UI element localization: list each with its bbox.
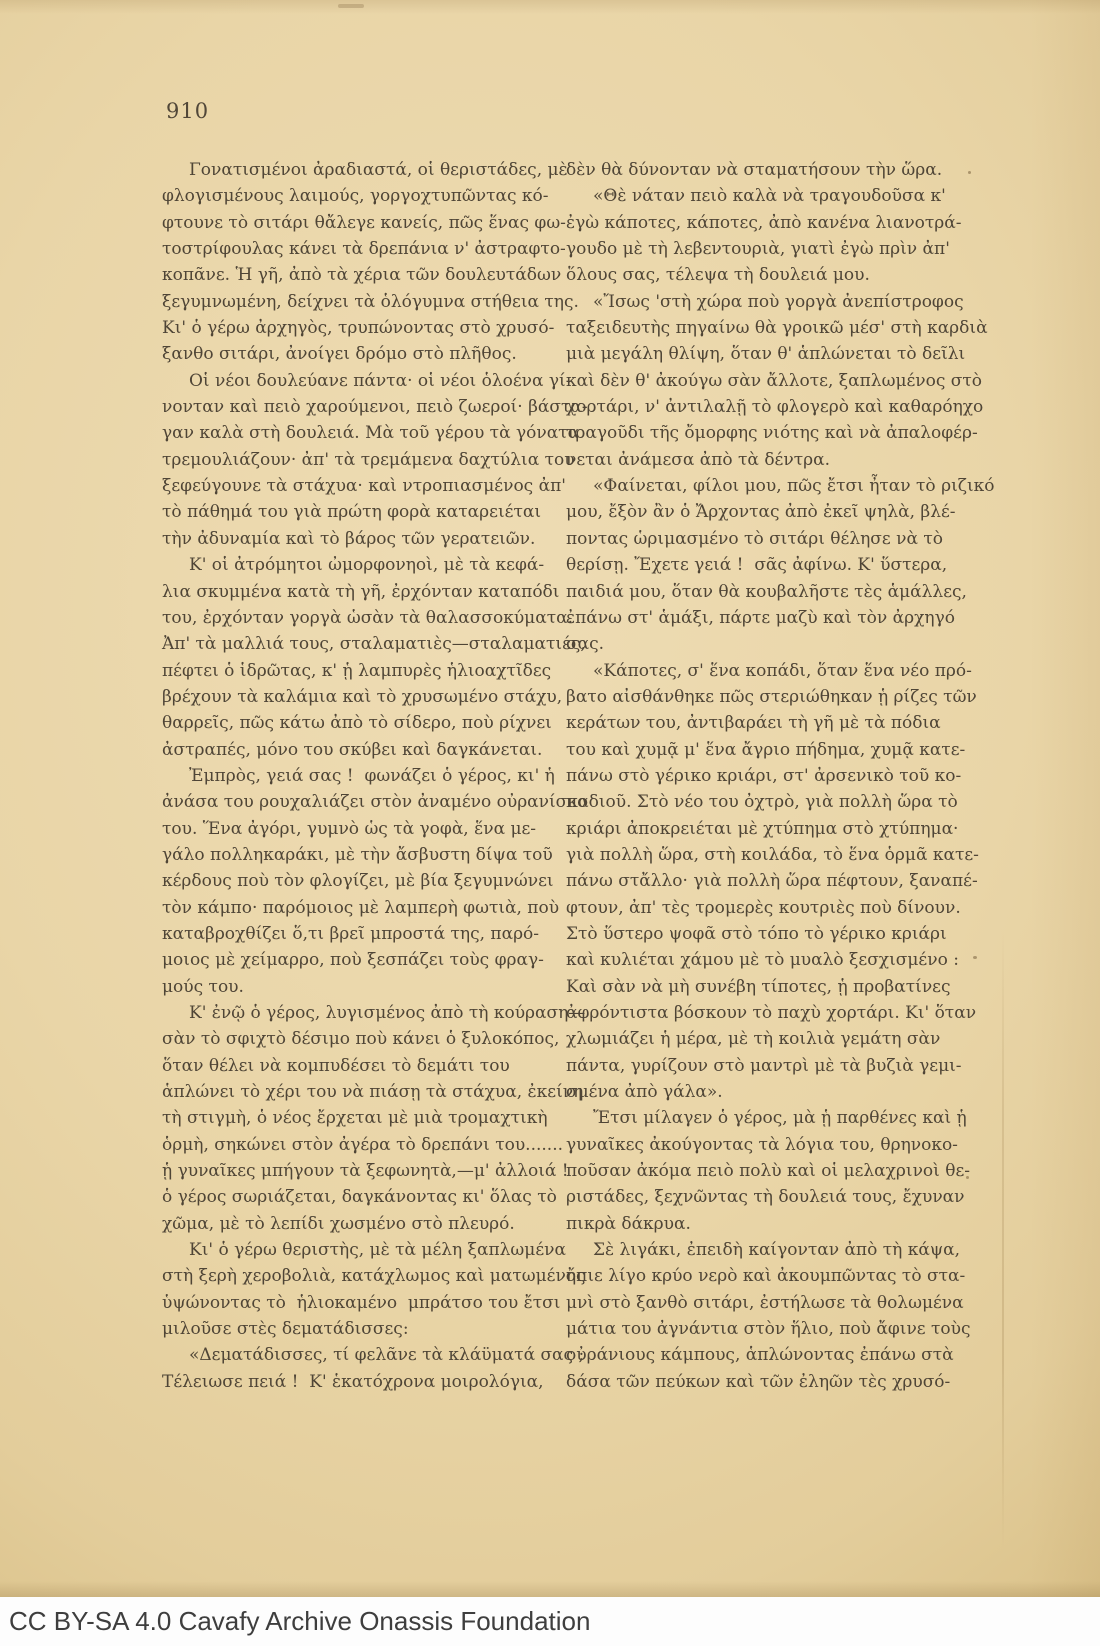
paragraph: Κ' ἐνῷ ὁ γέρος, λυγισμένος ἀπὸ τὴ κούρασ…	[162, 1000, 534, 1237]
paragraph: «Ἴσως 'στὴ χώρα ποὺ γοργὰ ἀνεπίστροφος τ…	[566, 289, 986, 473]
paragraph: «Θὲ νάταν πειὸ καλὰ νὰ τραγουδοῦσα κ' ἐγ…	[566, 183, 986, 288]
paragraph: δὲν θὰ δύνονταν νὰ σταματήσουν τὴν ὥρα.	[566, 157, 986, 183]
paragraph: «Κάποτες, σ' ἕνα κοπάδι, ὅταν ἕνα νέο πρ…	[566, 658, 986, 1106]
paragraph: «Δεματάδισσες, τί φελᾶνε τὰ κλάϋματά σας…	[162, 1342, 534, 1395]
paragraph: Ἐμπρὸς, γειά σας ! φωνάζει ὁ γέρος, κι' …	[162, 763, 534, 1000]
license-text: CC BY-SA 4.0 Cavafy Archive Onassis Foun…	[9, 1597, 590, 1646]
page-edge-crease	[1002, 930, 1004, 1550]
text-column-left: Γονατισμένοι ἀραδιαστά, οἱ θεριστάδες, μ…	[162, 157, 534, 1395]
paragraph: Γονατισμένοι ἀραδιαστά, οἱ θεριστάδες, μ…	[162, 157, 534, 368]
page-number: 910	[166, 99, 209, 123]
paragraph: Ἔτσι μίλαγεν ὁ γέρος, μὰ ᾑ παρθένες καὶ …	[566, 1105, 986, 1237]
license-footer-bar: CC BY-SA 4.0 Cavafy Archive Onassis Foun…	[0, 1597, 1100, 1646]
paragraph: Κ' οἱ ἀτρόμητοι ὠμορφονηοὶ, μὲ τὰ κεφά- …	[162, 552, 534, 763]
scanned-page: 910 Γονατισμένοι ἀραδιαστά, οἱ θεριστάδε…	[0, 0, 1100, 1597]
paragraph: Κι' ὁ γέρω θεριστὴς, μὲ τὰ μέλη ξαπλωμέν…	[162, 1237, 534, 1342]
paper-smudge	[338, 4, 364, 8]
paragraph: Οἱ νέοι δουλεύανε πάντα· οἱ νέοι ὁλοένα …	[162, 368, 534, 552]
paragraph: «Φαίνεται, φίλοι μου, πῶς ἔτσι ἦταν τὸ ρ…	[566, 473, 986, 657]
paragraph: Σὲ λιγάκι, ἐπειδὴ καίγονταν ἀπὸ τὴ κάψα,…	[566, 1237, 986, 1395]
text-column-right: δὲν θὰ δύνονταν νὰ σταματήσουν τὴν ὥρα. …	[566, 157, 986, 1395]
